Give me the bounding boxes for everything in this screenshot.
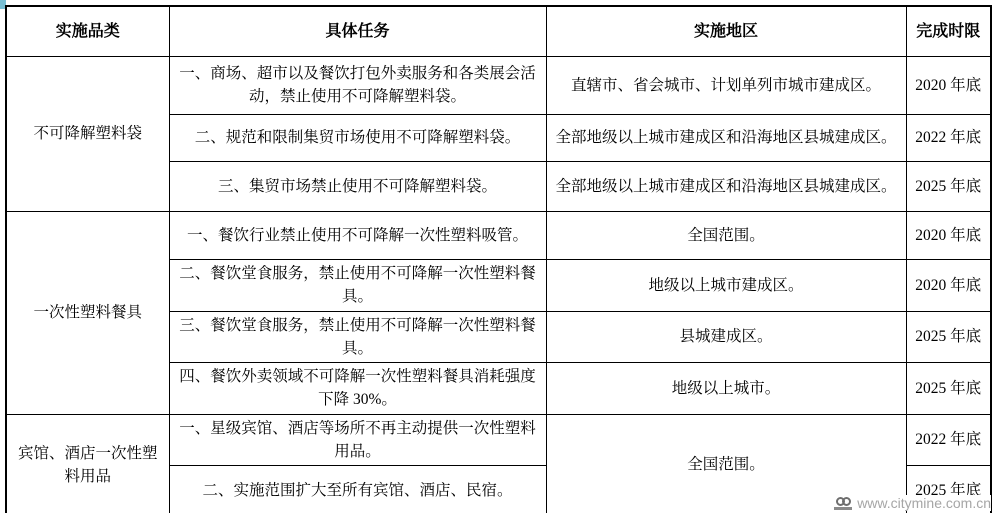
header-region: 实施地区	[546, 6, 906, 56]
header-category: 实施品类	[6, 6, 169, 56]
table-header-row: 实施品类 具体任务 实施地区 完成时限	[6, 6, 991, 56]
deadline-cell: 2020 年底	[906, 56, 991, 114]
deadline-cell: 2020 年底	[906, 211, 991, 259]
table-row: 不可降解塑料袋 一、商场、超市以及餐饮打包外卖服务和各类展会活动，禁止使用不可降…	[6, 56, 991, 114]
deadline-cell: 2025 年底	[906, 161, 991, 211]
region-cell: 地级以上城市建成区。	[546, 259, 906, 311]
task-cell: 四、餐饮外卖领域不可降解一次性塑料餐具消耗强度下降 30%。	[169, 362, 546, 414]
deadline-cell: 2022 年底	[906, 414, 991, 465]
citymine-logo-icon	[834, 497, 852, 510]
region-cell: 地级以上城市。	[546, 362, 906, 414]
task-cell: 一、商场、超市以及餐饮打包外卖服务和各类展会活动，禁止使用不可降解塑料袋。	[169, 56, 546, 114]
region-cell: 全国范围。	[546, 211, 906, 259]
task-cell: 三、集贸市场禁止使用不可降解塑料袋。	[169, 161, 546, 211]
task-cell: 三、餐饮堂食服务，禁止使用不可降解一次性塑料餐具。	[169, 311, 546, 362]
region-cell: 全部地级以上城市建成区和沿海地区县城建成区。	[546, 161, 906, 211]
task-cell: 二、规范和限制集贸市场使用不可降解塑料袋。	[169, 114, 546, 161]
category-cell: 一次性塑料餐具	[6, 211, 169, 414]
watermark: www.citymine.com.cn	[830, 495, 991, 511]
deadline-cell: 2025 年底	[906, 311, 991, 362]
region-cell: 直辖市、省会城市、计划单列市城市建成区。	[546, 56, 906, 114]
table-row: 宾馆、酒店一次性塑料用品 一、星级宾馆、酒店等场所不再主动提供一次性塑料用品。 …	[6, 414, 991, 465]
task-cell: 一、餐饮行业禁止使用不可降解一次性塑料吸管。	[169, 211, 546, 259]
header-deadline: 完成时限	[906, 6, 991, 56]
table-row: 一次性塑料餐具 一、餐饮行业禁止使用不可降解一次性塑料吸管。 全国范围。 202…	[6, 211, 991, 259]
header-task: 具体任务	[169, 6, 546, 56]
deadline-cell: 2022 年底	[906, 114, 991, 161]
region-cell: 全部地级以上城市建成区和沿海地区县城建成区。	[546, 114, 906, 161]
task-cell: 一、星级宾馆、酒店等场所不再主动提供一次性塑料用品。	[169, 414, 546, 465]
deadline-cell: 2025 年底	[906, 362, 991, 414]
category-cell: 不可降解塑料袋	[6, 56, 169, 211]
task-cell: 二、实施范围扩大至所有宾馆、酒店、民宿。	[169, 465, 546, 513]
region-cell: 县城建成区。	[546, 311, 906, 362]
plastic-ban-policy-table: 实施品类 具体任务 实施地区 完成时限 不可降解塑料袋 一、商场、超市以及餐饮打…	[5, 5, 992, 513]
task-cell: 二、餐饮堂食服务，禁止使用不可降解一次性塑料餐具。	[169, 259, 546, 311]
category-cell: 宾馆、酒店一次性塑料用品	[6, 414, 169, 513]
watermark-url: www.citymine.com.cn	[857, 495, 991, 511]
deadline-cell: 2020 年底	[906, 259, 991, 311]
